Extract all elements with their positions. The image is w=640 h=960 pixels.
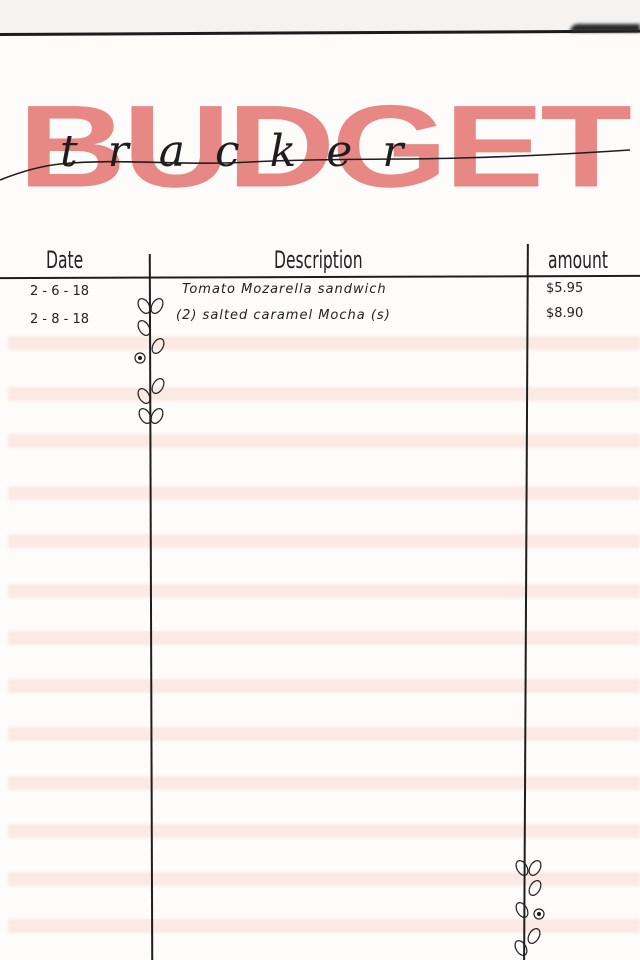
header-description: Description — [274, 246, 363, 274]
row-2-date: 2 - 8 - 18 — [30, 312, 89, 327]
row-stripe — [8, 336, 640, 350]
page-top-edge — [0, 0, 640, 34]
column-divider — [523, 244, 529, 960]
row-1-amount: $5.95 — [546, 281, 583, 296]
row-stripe — [8, 387, 640, 401]
row-stripe — [8, 584, 640, 598]
row-stripe — [8, 534, 640, 548]
row-1-date: 2 - 6 - 18 — [30, 284, 89, 299]
row-stripe — [8, 679, 640, 693]
row-1-description: Tomato Mozarella sandwich — [182, 282, 387, 297]
ink-smudge — [570, 24, 640, 32]
row-stripe — [8, 776, 640, 790]
header-rule — [0, 275, 640, 279]
row-2-description: (2) salted caramel Mocha (s) — [176, 308, 391, 323]
header-amount: amount — [548, 246, 608, 274]
row-2-amount: $8.90 — [546, 306, 583, 321]
vine-decoration-icon — [510, 858, 550, 960]
row-stripe — [8, 727, 640, 741]
row-stripe — [8, 631, 640, 645]
row-stripe — [8, 434, 640, 448]
vine-decoration-icon — [130, 296, 170, 436]
row-stripe — [8, 486, 640, 500]
row-stripe — [8, 824, 640, 838]
header-date: Date — [46, 246, 83, 274]
title-script: tracker — [60, 126, 433, 177]
